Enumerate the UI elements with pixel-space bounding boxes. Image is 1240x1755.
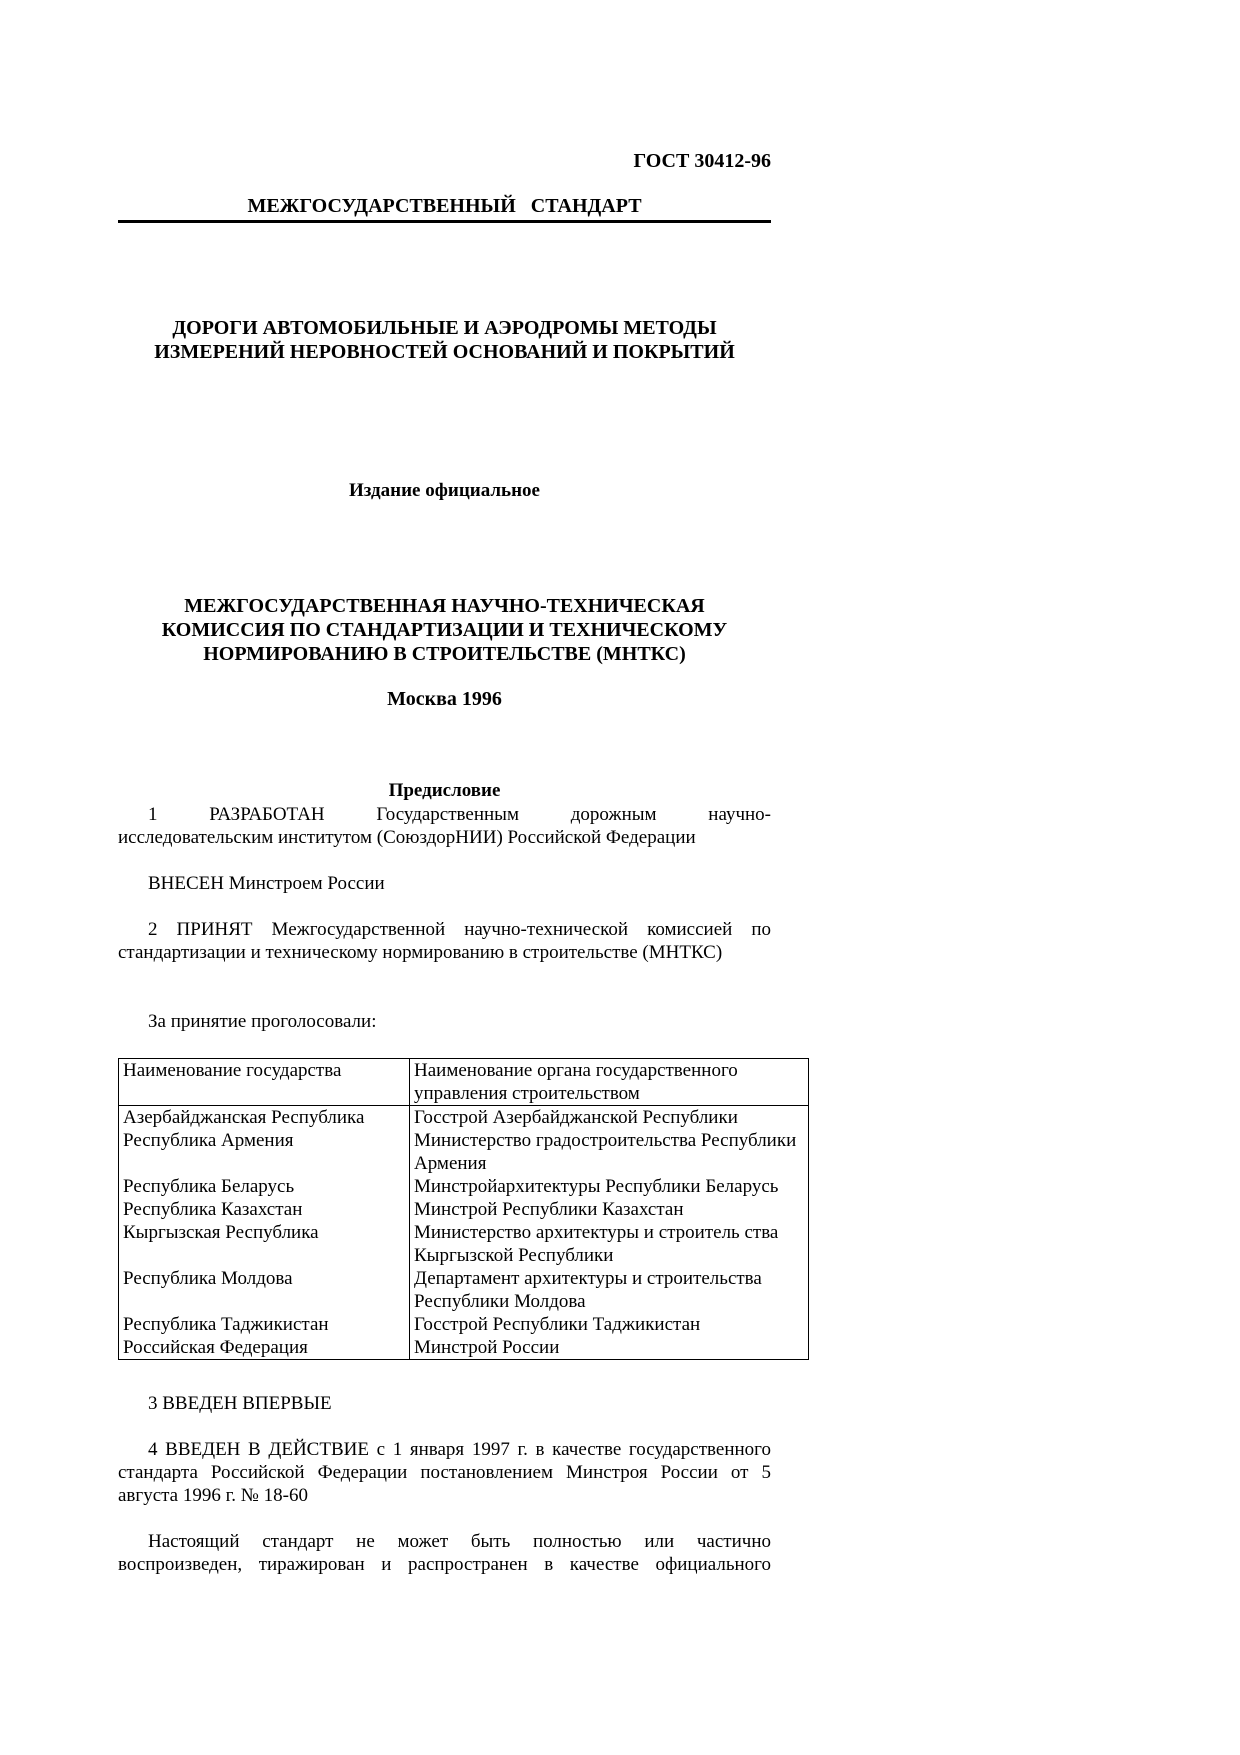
edition-label: Издание официальное bbox=[118, 480, 771, 502]
state-name: Республика Беларусь bbox=[119, 1175, 410, 1198]
table-row: Российская ФедерацияМинстрой России bbox=[119, 1336, 809, 1360]
paragraph-2: 2 ПРИНЯТ Межгосударственной научно-техни… bbox=[118, 918, 771, 964]
state-name: Республика Армения bbox=[119, 1129, 410, 1175]
table-row: Республика БеларусьМинстройархитектуры Р… bbox=[119, 1175, 809, 1198]
organization-name: МЕЖГОСУДАРСТВЕННАЯ НАУЧНО-ТЕХНИЧЕСКАЯ КО… bbox=[118, 594, 771, 666]
header-state: Наименование государства bbox=[119, 1059, 410, 1106]
paragraph-3: 3 ВВЕДЕН ВПЕРВЫЕ bbox=[118, 1392, 771, 1415]
title-line-2: ИЗМЕРЕНИЙ НЕРОВНОСТЕЙ ОСНОВАНИЙ И ПОКРЫТ… bbox=[118, 340, 771, 364]
table-row: Республика ТаджикистанГосстрой Республик… bbox=[119, 1313, 809, 1336]
table-row: Азербайджанская РеспубликаГосстрой Азерб… bbox=[119, 1106, 809, 1130]
header-body: Наименование органа государственного упр… bbox=[410, 1059, 809, 1106]
org-line-1: МЕЖГОСУДАРСТВЕННАЯ НАУЧНО-ТЕХНИЧЕСКАЯ bbox=[118, 594, 771, 618]
paragraph-introduced-by: ВНЕСЕН Минстроем России bbox=[118, 872, 771, 895]
document-title: ДОРОГИ АВТОМОБИЛЬНЫЕ И АЭРОДРОМЫ МЕТОДЫ … bbox=[118, 316, 771, 364]
governing-body: Минстройархитектуры Республики Беларусь bbox=[410, 1175, 809, 1198]
governing-body: Госстрой Азербайджанской Республики bbox=[410, 1106, 809, 1130]
org-line-3: НОРМИРОВАНИЮ В СТРОИТЕЛЬСТВЕ (МНТКС) bbox=[118, 642, 771, 666]
document-code: ГОСТ 30412-96 bbox=[634, 150, 771, 173]
table-row: Республика АрменияМинистерство градостро… bbox=[119, 1129, 809, 1175]
governing-body: Министерство градостроительства Республи… bbox=[410, 1129, 809, 1175]
title-line-1: ДОРОГИ АВТОМОБИЛЬНЫЕ И АЭРОДРОМЫ МЕТОДЫ bbox=[118, 316, 771, 340]
governing-body: Минстрой России bbox=[410, 1336, 809, 1360]
table-header-row: Наименование государства Наименование ор… bbox=[119, 1059, 809, 1106]
standard-banner: МЕЖГОСУДАРСТВЕННЫЙ СТАНДАРТ bbox=[118, 195, 771, 218]
paragraph-voted: За принятие проголосовали: bbox=[118, 1010, 771, 1033]
state-name: Республика Молдова bbox=[119, 1267, 410, 1313]
governing-body: Министерство архитектуры и строитель ств… bbox=[410, 1221, 809, 1267]
city-year: Москва 1996 bbox=[118, 688, 771, 711]
org-line-2: КОМИССИЯ ПО СТАНДАРТИЗАЦИИ И ТЕХНИЧЕСКОМ… bbox=[118, 618, 771, 642]
table-row: Республика МолдоваДепартамент архитектур… bbox=[119, 1267, 809, 1313]
governing-body: Госстрой Республики Таджикистан bbox=[410, 1313, 809, 1336]
table-row: Кыргызская РеспубликаМинистерство архите… bbox=[119, 1221, 809, 1267]
voting-states-table: Наименование государства Наименование ор… bbox=[118, 1058, 809, 1360]
table-row: Республика КазахстанМинстрой Республики … bbox=[119, 1198, 809, 1221]
governing-body: Минстрой Республики Казахстан bbox=[410, 1198, 809, 1221]
governing-body: Департамент архитектуры и строительства … bbox=[410, 1267, 809, 1313]
paragraph-4: 4 ВВЕДЕН В ДЕЙСТВИЕ с 1 января 1997 г. в… bbox=[118, 1438, 771, 1507]
preface-heading: Предисловие bbox=[118, 780, 771, 802]
state-name: Азербайджанская Республика bbox=[119, 1106, 410, 1130]
state-name: Российская Федерация bbox=[119, 1336, 410, 1360]
paragraph-1-line-1: 1 РАЗРАБОТАН Государственным дорожным на… bbox=[118, 803, 771, 826]
state-name: Республика Казахстан bbox=[119, 1198, 410, 1221]
banner-divider bbox=[118, 220, 771, 223]
state-name: Кыргызская Республика bbox=[119, 1221, 410, 1267]
paragraph-1-line-2: исследовательским институтом (СоюздорНИИ… bbox=[118, 826, 771, 849]
state-name: Республика Таджикистан bbox=[119, 1313, 410, 1336]
paragraph-5: Настоящий стандарт не может быть полност… bbox=[118, 1530, 771, 1576]
